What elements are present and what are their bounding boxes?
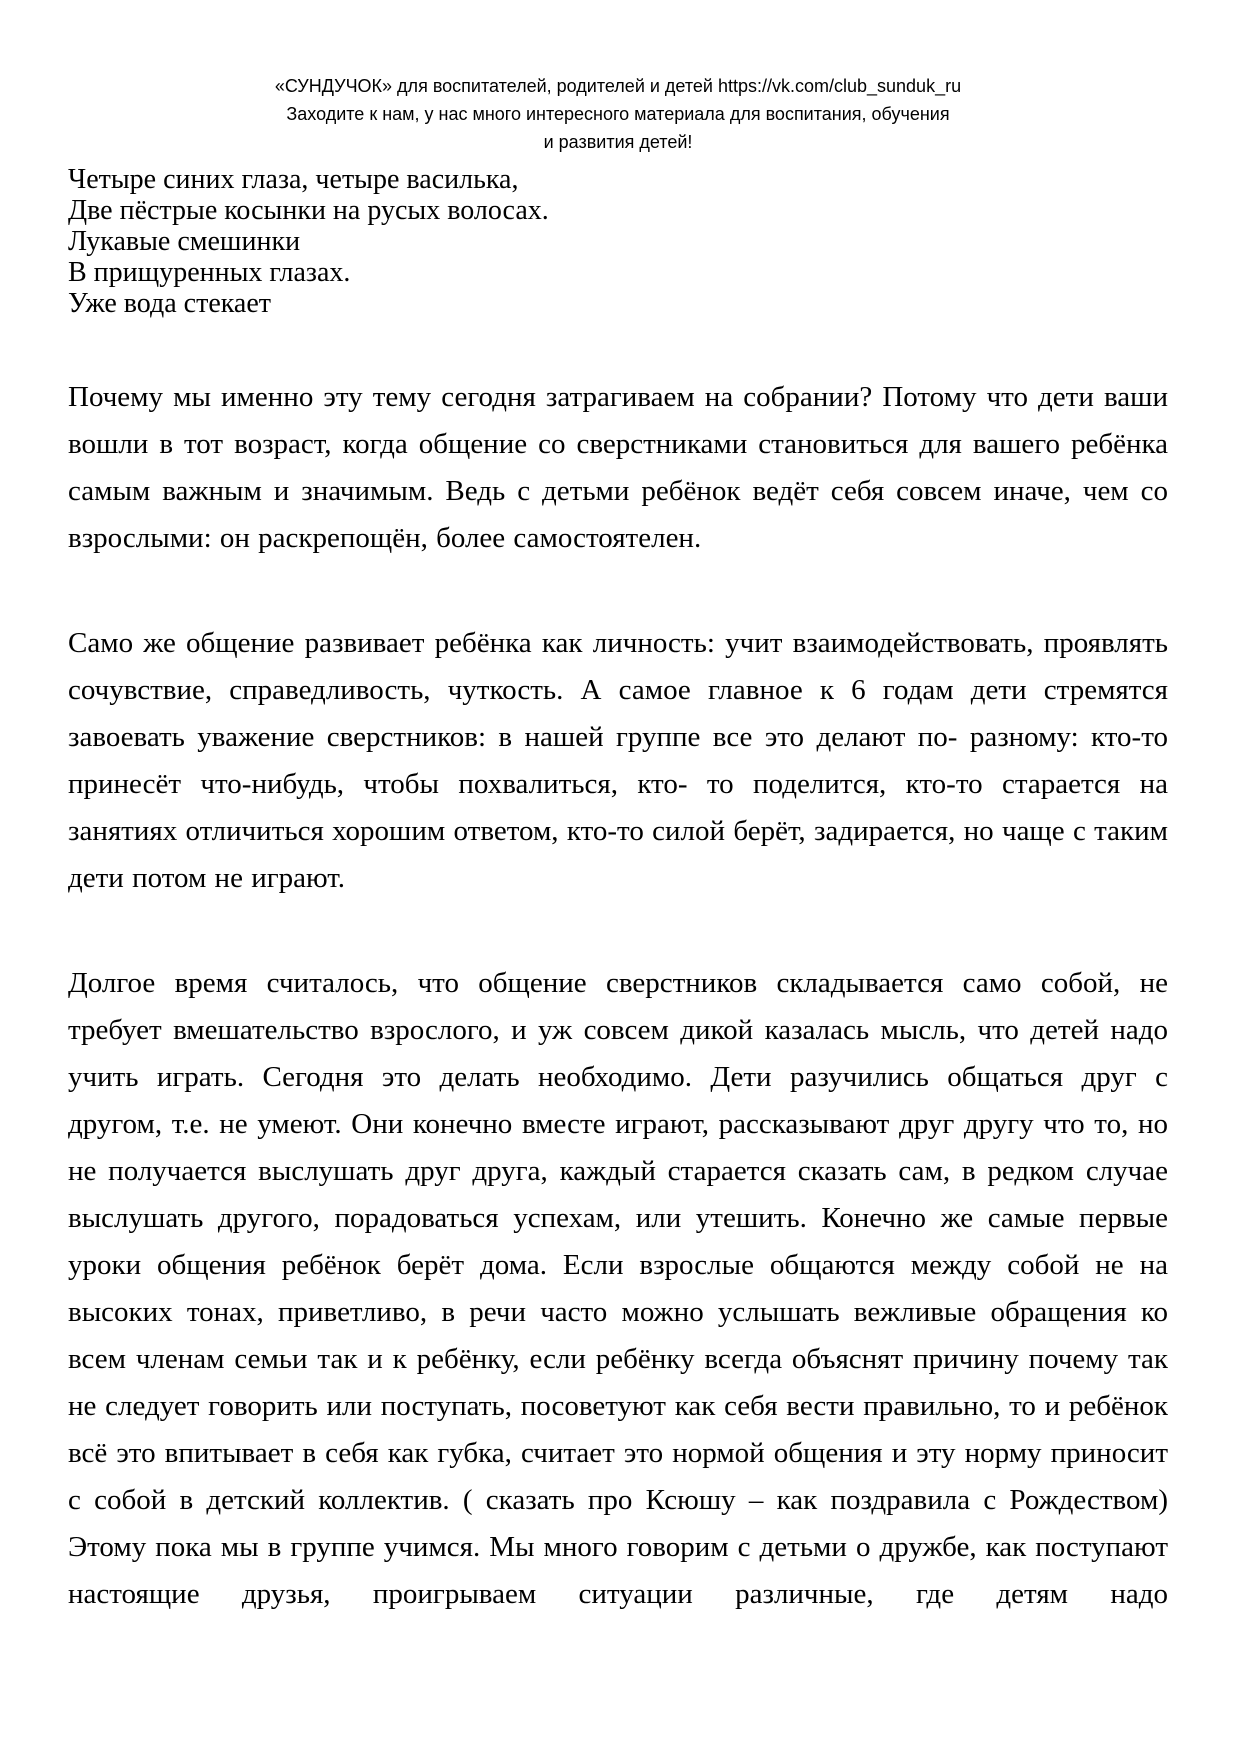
doc-header: «СУНДУЧОК» для воспитателей, родителей и… xyxy=(68,72,1168,156)
paragraph-communication-develops: Само же общение развивает ребёнка как ли… xyxy=(68,620,1168,902)
poem-line-2: Две пёстрые косынки на русых волосах. xyxy=(68,195,1168,226)
poem-line-1: Четыре синих глаза, четыре василька, xyxy=(68,164,1168,195)
poem-block: Четыре синих глаза, четыре василька, Две… xyxy=(68,164,1168,319)
poem-line-5: Уже вода стекает xyxy=(68,288,1168,319)
body-text: Почему мы именно эту тему сегодня затраг… xyxy=(68,374,1168,1618)
poem-line-3: Лукавые смешинки xyxy=(68,226,1168,257)
header-line-invite-2: и развития детей! xyxy=(68,128,1168,156)
poem-line-4: В прищуренных глазах. xyxy=(68,257,1168,288)
paragraph-teaching-to-play: Долгое время считалось, что общение свер… xyxy=(68,960,1168,1618)
document-page: «СУНДУЧОК» для воспитателей, родителей и… xyxy=(0,0,1240,1754)
header-line-invite: Заходите к нам, у нас много интересного … xyxy=(68,100,1168,128)
paragraph-why-topic: Почему мы именно эту тему сегодня затраг… xyxy=(68,374,1168,562)
header-line-club-url: «СУНДУЧОК» для воспитателей, родителей и… xyxy=(68,72,1168,100)
